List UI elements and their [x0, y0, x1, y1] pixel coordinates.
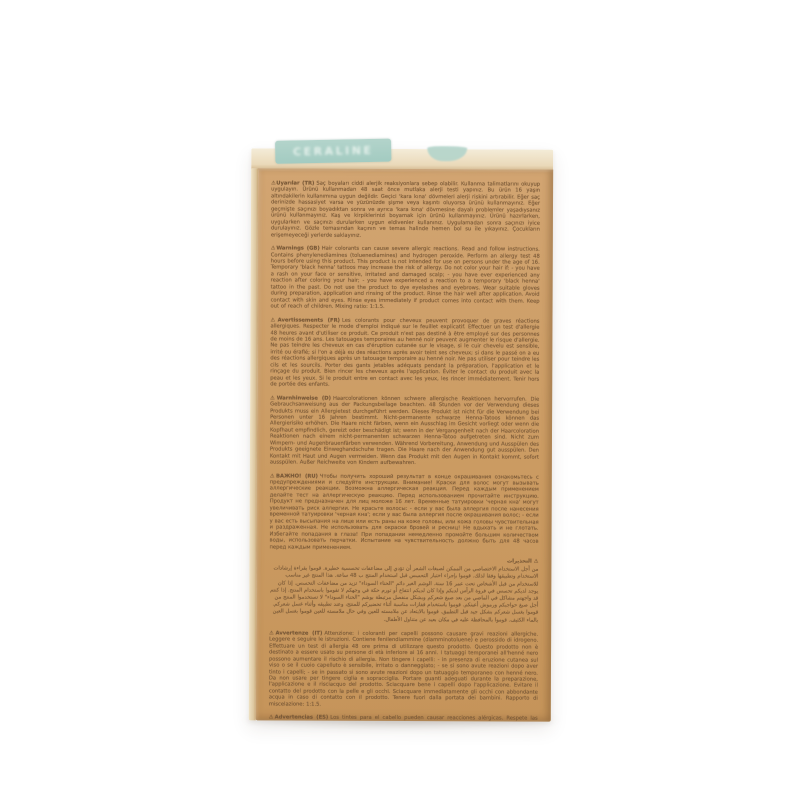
box-top-flap: CERALINE	[251, 148, 553, 170]
warning-body-ru: Чтобы получить хороший результат в конце…	[269, 473, 538, 550]
warning-body-fr: Les colorants pour cheveux peuvent provo…	[270, 317, 539, 387]
box-front-panel: ⚠Uyarılar (TR)Saç boyaları ciddi alerjik…	[256, 168, 553, 721]
warning-heading-ru: ⚠ВАЖНО! (RU)	[270, 473, 318, 479]
warning-paragraph-fr: ⚠Avertissements (FR)Les colorants pour c…	[270, 317, 539, 389]
warning-heading-es: ⚠Advertencias (ES)	[269, 715, 329, 721]
warning-body-tr: Saç boyaları ciddi alerjik reaksiyonlara…	[271, 181, 540, 239]
warning-heading-de: ⚠Warnhinweise (D)	[270, 395, 331, 401]
warning-body-ar: من أجل الاستخدام الاختصاصي من الممكن لصب…	[270, 566, 538, 624]
brand-label-sticker: CERALINE	[275, 139, 391, 164]
warning-body-de: Haarcolorationen können schwere allergis…	[270, 395, 539, 466]
brand-label-text: CERALINE	[293, 144, 374, 159]
warning-body-gb: Hair colorants can cause severe allergic…	[271, 246, 540, 310]
warning-paragraph-it: ⚠Avvertenze (IT)Attenzione: i coloranti …	[269, 630, 538, 709]
warning-paragraph-tr: ⚠Uyarılar (TR)Saç boyaları ciddi alerjik…	[271, 180, 540, 239]
leaf-icon	[427, 146, 467, 161]
warning-paragraph-ar: ⚠ التحذيراتمن أجل الاستخدام الاختصاصي من…	[269, 557, 538, 624]
warning-heading-gb: ⚠Warnings (GB)	[271, 246, 320, 252]
warning-paragraph-de: ⚠Warnhinweise (D)Haarcolorationen können…	[270, 395, 539, 467]
warning-paragraph-gb: ⚠Warnings (GB)Hair colorants can cause s…	[271, 246, 540, 312]
warning-heading-ar: ⚠ التحذيرات	[269, 557, 538, 565]
photo-background: CERALINE ⚠Uyarılar (TR)Saç boyaları cidd…	[0, 0, 800, 800]
product-box-back: CERALINE ⚠Uyarılar (TR)Saç boyaları cidd…	[249, 148, 553, 721]
warning-paragraph-ru: ⚠ВАЖНО! (RU)Чтобы получить хороший резул…	[269, 473, 538, 552]
warning-body-it: Attenzione: i coloranti per capelli poss…	[269, 631, 538, 708]
warning-heading-fr: ⚠Avertissements (FR)	[270, 317, 339, 323]
